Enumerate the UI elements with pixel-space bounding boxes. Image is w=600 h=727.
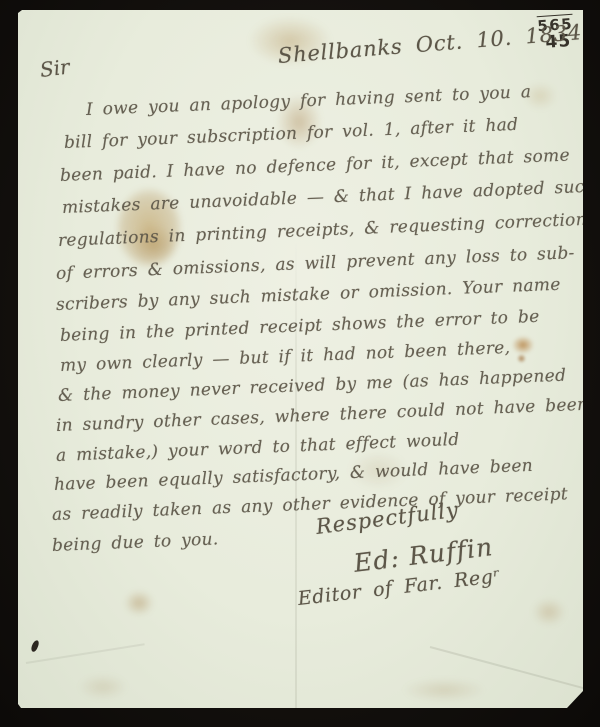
paper-stain: [517, 354, 526, 363]
body-line: being due to you.: [52, 529, 219, 556]
paper-stain: [402, 678, 486, 702]
photo-background: 565 45 Shellbanks Oct. 10. 1834 Sir I ow…: [0, 0, 600, 727]
letter-paper: 565 45 Shellbanks Oct. 10. 1834 Sir I ow…: [18, 10, 583, 708]
ink-blot: [30, 639, 39, 652]
salutation: Sir: [39, 54, 71, 81]
paper-stain: [124, 590, 154, 616]
paper-stain: [78, 674, 128, 700]
paper-stain: [512, 336, 534, 354]
paper-fold-crease: [430, 646, 595, 692]
body-line: bill for your subscription for vol. 1, a…: [64, 115, 519, 153]
body-line: I owe you an apology for having sent to …: [86, 82, 532, 120]
dateline: Shellbanks Oct. 10. 1834: [277, 20, 583, 68]
paper-fold-crease: [26, 643, 145, 664]
paper-stain: [532, 598, 566, 626]
